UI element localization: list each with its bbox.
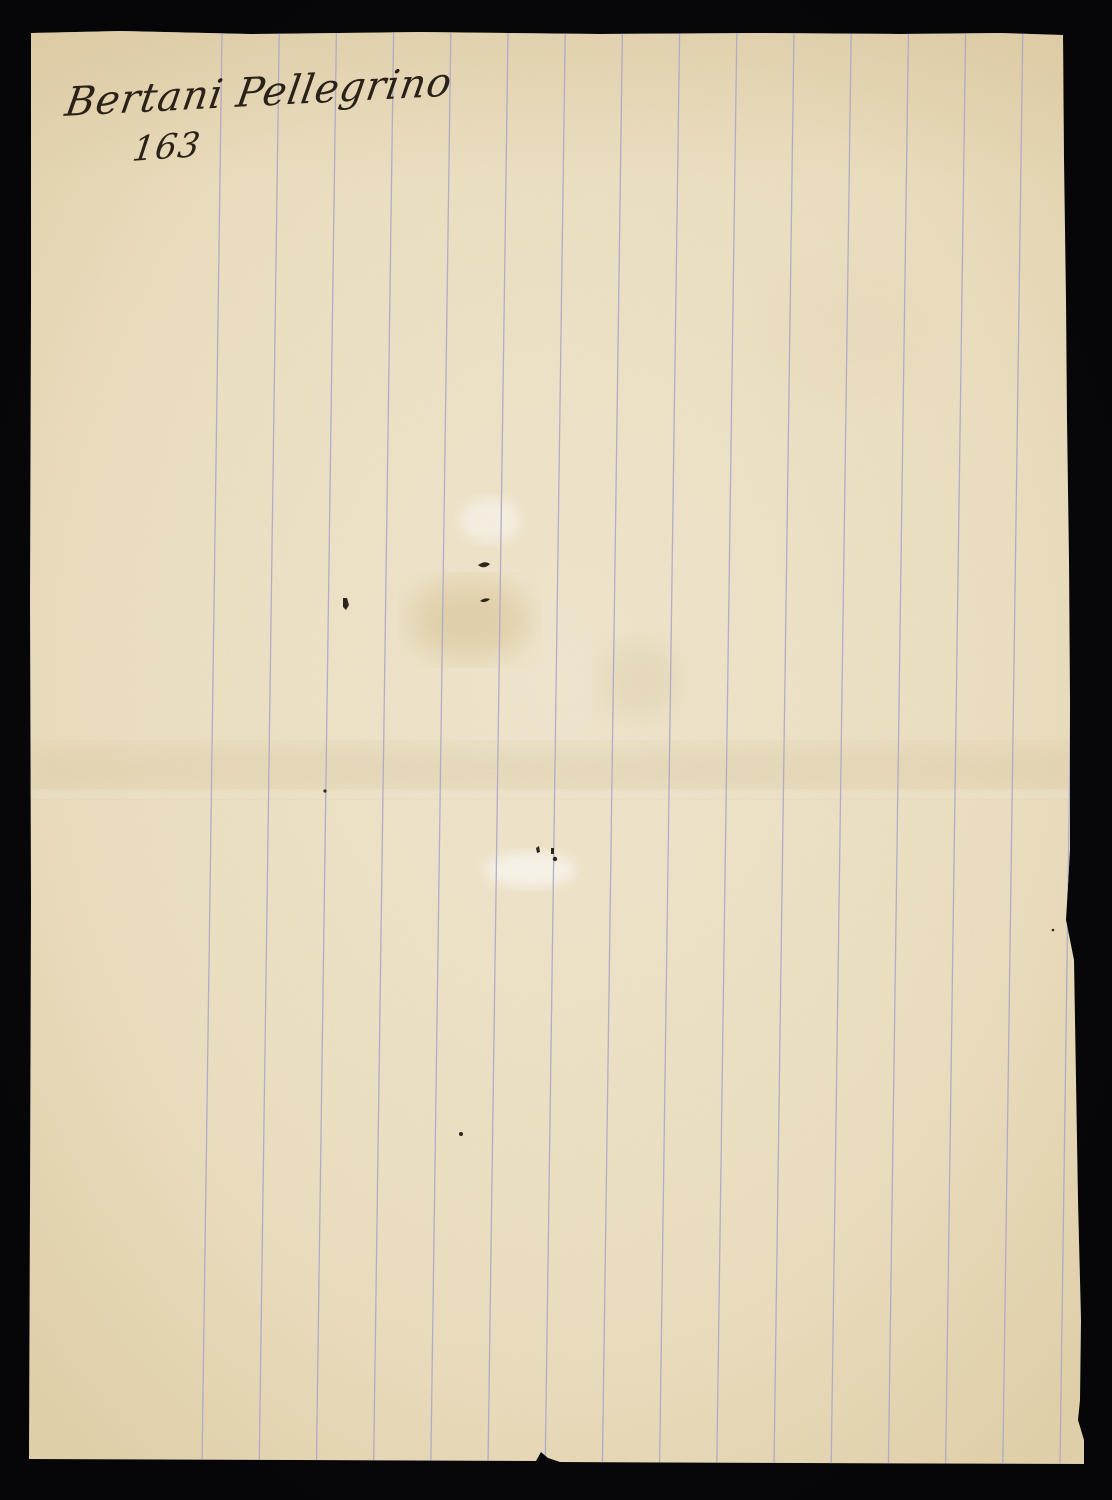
paper-sheet xyxy=(0,0,1112,1500)
handwritten-number: 163 xyxy=(130,125,203,170)
